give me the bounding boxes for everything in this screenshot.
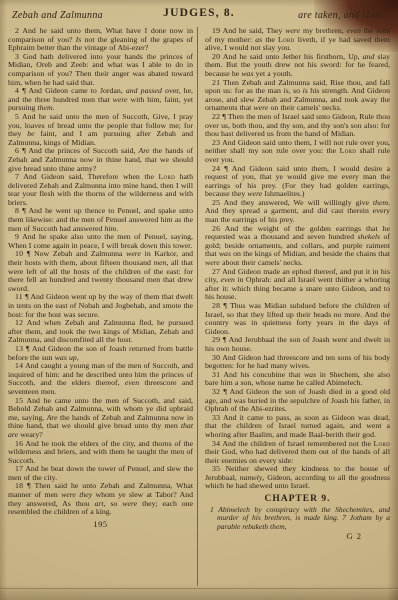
verse-number: 31 bbox=[212, 370, 220, 379]
left-column: 2 And he said unto them, What have I don… bbox=[8, 27, 193, 541]
verse-number: 35 bbox=[212, 464, 220, 473]
page-number: 195 bbox=[8, 519, 193, 529]
signature-mark: G 2 bbox=[205, 531, 390, 541]
verse-number: 20 bbox=[212, 52, 220, 61]
verse-16: 16 And he took the elders of the city, a… bbox=[8, 440, 193, 466]
page-header: Zebah and Zalmunna JUDGES, 8. are taken,… bbox=[12, 7, 386, 25]
verse-23: 23 And Gideon said unto them, I will not… bbox=[205, 139, 390, 165]
chapter-9-summary: 1 Abimelech by conspiracy with the Shech… bbox=[205, 506, 390, 531]
verse-number: 24 bbox=[212, 164, 220, 173]
book-title: JUDGES, 8. bbox=[163, 7, 235, 19]
verse-30: 30 And Gideon had threescore and ten son… bbox=[205, 354, 390, 371]
verse-10: 10 ¶ Now Zebah and Zalmunna were in Kark… bbox=[8, 250, 193, 293]
verse-number: 16 bbox=[15, 439, 23, 448]
verse-24: 24 ¶ And Gideon said unto them, I would … bbox=[205, 165, 390, 199]
verse-number: 11 bbox=[15, 292, 23, 301]
verse-34: 34 And the children of Israel remembered… bbox=[205, 440, 390, 466]
left-column-verses: 2 And he said unto them, What have I don… bbox=[8, 27, 193, 517]
right-column-verses: 19 And he said, They were my brethren, e… bbox=[205, 27, 390, 491]
verse-5: 5 And he said unto the men of Succoth, G… bbox=[8, 113, 193, 147]
page-bottom-crease bbox=[0, 588, 398, 590]
verse-2: 2 And he said unto them, What have I don… bbox=[8, 27, 193, 53]
verse-number: 17 bbox=[15, 464, 23, 473]
verse-number: 26 bbox=[212, 224, 220, 233]
bible-page: Zebah and Zalmunna JUDGES, 8. are taken,… bbox=[0, 0, 398, 600]
verse-3: 3 God hath delivered into your hands the… bbox=[8, 53, 193, 87]
verse-13: 13 ¶ And Gideon the son of Joash returne… bbox=[8, 345, 193, 362]
verse-number: 4 bbox=[15, 86, 19, 95]
verse-number: 30 bbox=[212, 353, 220, 362]
verse-17: 17 And he beat down the tower of Penuel,… bbox=[8, 465, 193, 482]
verse-number: 3 bbox=[15, 52, 19, 61]
verse-number: 8 bbox=[15, 206, 19, 215]
text-columns: 2 And he said unto them, What have I don… bbox=[8, 27, 390, 541]
chapter-summary-number: 1 bbox=[210, 505, 214, 514]
verse-11: 11 ¶ And Gideon went up by the way of th… bbox=[8, 293, 193, 319]
verse-31: 31 And his concubine that was in Shechem… bbox=[205, 371, 390, 388]
verse-12: 12 And when Zebah and Zalmunna fled, he … bbox=[8, 319, 193, 345]
verse-6: 6 ¶ And the princes of Succoth said, Are… bbox=[8, 147, 193, 173]
verse-number: 10 bbox=[15, 249, 23, 258]
verse-number: 5 bbox=[15, 112, 19, 121]
verse-8: 8 ¶ And he went up thence to Penuel, and… bbox=[8, 207, 193, 233]
verse-number: 22 bbox=[212, 112, 220, 121]
verse-number: 15 bbox=[15, 396, 23, 405]
verse-number: 13 bbox=[15, 344, 23, 353]
running-head-left: Zebah and Zalmunna bbox=[12, 10, 103, 21]
verse-25: 25 And they answered, We will willingly … bbox=[205, 199, 390, 225]
verse-33: 33 And it came to pass, as soon as Gideo… bbox=[205, 414, 390, 440]
verse-number: 18 bbox=[15, 481, 23, 490]
verse-number: 12 bbox=[15, 318, 23, 327]
verse-number: 33 bbox=[212, 413, 220, 422]
verse-number: 9 bbox=[15, 232, 19, 241]
verse-7: 7 And Gideon said, Therefore when the Lo… bbox=[8, 173, 193, 207]
verse-15: 15 And he came unto the men of Succoth, … bbox=[8, 397, 193, 440]
verse-number: 14 bbox=[15, 361, 23, 370]
verse-28: 28 ¶ Thus was Midian subdued before the … bbox=[205, 302, 390, 336]
verse-29: 29 ¶ And Jerubbaal the son of Joash went… bbox=[205, 336, 390, 353]
verse-number: 29 bbox=[212, 335, 220, 344]
chapter-summary-text: Abimelech by conspiracy with the Shechem… bbox=[217, 505, 390, 531]
verse-number: 32 bbox=[212, 387, 220, 396]
verse-number: 25 bbox=[212, 198, 220, 207]
verse-number: 23 bbox=[212, 138, 220, 147]
verse-4: 4 ¶ And Gideon came to Jordan, and passe… bbox=[8, 87, 193, 113]
verse-27: 27 And Gideon made an ephod thereof, and… bbox=[205, 268, 390, 302]
running-head-right: are taken, and slain. bbox=[298, 10, 386, 21]
verse-22: 22 ¶ Then the men of Israel said unto Gi… bbox=[205, 113, 390, 139]
verse-number: 7 bbox=[15, 172, 19, 181]
right-column: 19 And he said, They were my brethren, e… bbox=[205, 27, 390, 541]
verse-number: 28 bbox=[212, 301, 220, 310]
chapter-9-heading: CHAPTER 9. bbox=[205, 494, 390, 504]
verse-number: 19 bbox=[212, 26, 220, 35]
verse-35: 35 Neither shewed they kindness to the h… bbox=[205, 465, 390, 491]
verse-number: 21 bbox=[212, 78, 220, 87]
verse-18: 18 ¶ Then said he unto Zebah and Zalmunn… bbox=[8, 482, 193, 516]
verse-14: 14 And caught a young man of the men of … bbox=[8, 362, 193, 396]
verse-26: 26 And the weight of the golden earrings… bbox=[205, 225, 390, 268]
verse-19: 19 And he said, They were my brethren, e… bbox=[205, 27, 390, 53]
verse-number: 6 bbox=[15, 146, 19, 155]
verse-number: 34 bbox=[212, 439, 220, 448]
verse-32: 32 ¶ And Gideon the son of Joash died in… bbox=[205, 388, 390, 414]
verse-number: 2 bbox=[15, 26, 19, 35]
verse-21: 21 Then Zebah and Zalmunna said, Rise th… bbox=[205, 79, 390, 113]
verse-9: 9 And he spake also unto the men of Penu… bbox=[8, 233, 193, 250]
verse-number: 27 bbox=[212, 267, 220, 276]
verse-20: 20 And he said unto Jether his firstborn… bbox=[205, 53, 390, 79]
